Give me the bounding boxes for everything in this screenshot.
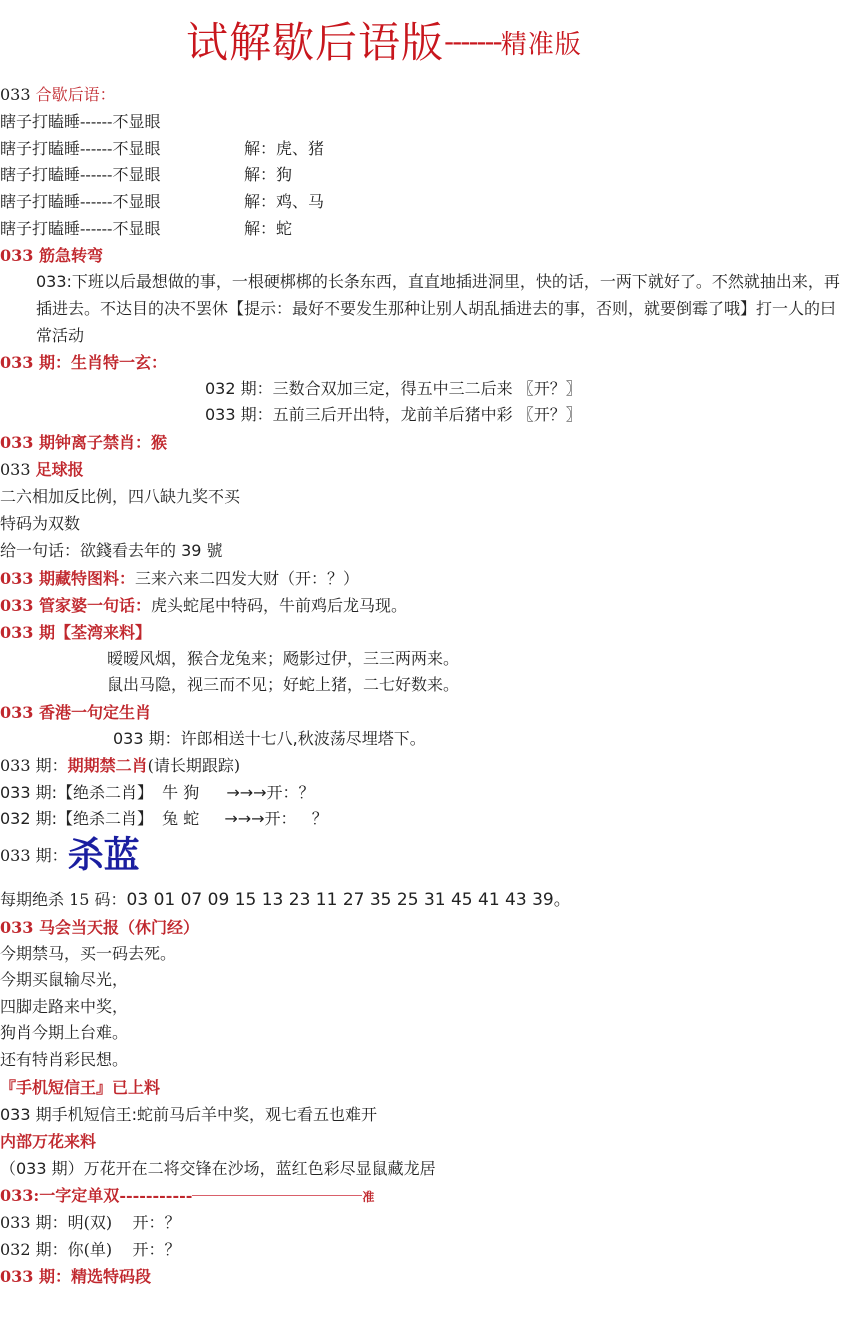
ban-two-row: 032 期:【绝杀二肖】 兔 蛇 →→→开： ？: [0, 808, 328, 830]
housekeeper-row: 033 管家婆一句话：虎头蛇尾中特码，牛前鸡后龙马现。: [0, 595, 407, 617]
period-prefix: 033: [0, 85, 31, 104]
xiehouyu-row: 瞎子打瞌睡------不显眼解：蛇: [0, 218, 400, 240]
dash-divider: -----------: [119, 1186, 192, 1205]
section-title: 033 管家婆一句话：: [0, 596, 151, 615]
quanwan-line: 暧暧风烟，猴合龙兔来；飏影过伊，三三两两来。: [107, 648, 459, 670]
period-prefix: 033 期：: [0, 846, 68, 865]
page-title: 试解歇后语版-------精准版: [186, 14, 582, 73]
wanhua-heading: 内部万花来料: [0, 1131, 96, 1153]
horse-daily-line: 狗肖今期上台难。: [0, 1022, 128, 1044]
label: 【绝杀二肖】: [57, 783, 153, 802]
riddle-answer: 解：鸡、马: [244, 191, 324, 213]
football-line: 二六相加反比例，四八缺九奖不买: [0, 486, 240, 508]
section-title: 期期禁二肖: [68, 756, 148, 775]
riddle-answer: 解：蛇: [244, 218, 292, 240]
xiehouyu-row: 瞎子打瞌睡------不显眼解：虎、猪: [0, 138, 400, 160]
riddle-text: 瞎子打瞌睡------不显眼: [0, 219, 160, 238]
zodiac-special-line: 033 期：五前三后开出特，龙前羊后猪中彩 〖开？〗: [205, 404, 582, 426]
football-line: 给一句话：欲錢看去年的 39 號: [0, 540, 223, 562]
numbers-list: 03 01 07 09 15 13 23 11 27 35 25 31 45 4…: [127, 890, 571, 910]
title-subtitle: 精准版: [501, 30, 582, 60]
sms-king-line: 033 期手机短信王:蛇前马后羊中奖，观七看五也难开: [0, 1104, 377, 1126]
section-text: 虎头蛇尾中特码，牛前鸡后龙马现。: [151, 596, 407, 615]
period-prefix: 033: [0, 460, 31, 479]
result: →→→开：？: [226, 783, 314, 802]
kill-color-value: 杀蓝: [68, 835, 140, 876]
kill-color-row: 033 期：杀蓝: [0, 845, 140, 867]
section-note: (请长期跟踪): [148, 756, 241, 775]
xiehouyu-row: 瞎子打瞌睡------不显眼解：鸡、马: [0, 191, 400, 213]
hidden-pic-row: 033 期藏特图料：三来六来二四发大财（开：？）: [0, 568, 359, 590]
brain-teaser-heading: 033 筋急转弯: [0, 245, 103, 267]
hongkong-heading: 033 香港一句定生肖: [0, 702, 151, 724]
section-text: 三来六来二四发大财（开：？）: [135, 569, 359, 588]
numbers-label: 每期绝杀 15 码：: [0, 890, 127, 909]
xiehouyu-row: 瞎子打瞌睡------不显眼解：狗: [0, 164, 400, 186]
riddle-text: 瞎子打瞌睡------不显眼: [0, 112, 160, 131]
zodiac-special-line: 032 期：三数合双加三定，得五中三二后来 〖开？〗: [205, 378, 582, 400]
zhongli-heading: 033 期钟离子禁肖：猴: [0, 432, 167, 454]
sms-king-heading: 『手机短信王』已上料: [0, 1077, 160, 1099]
section-title: 合歇后语：: [36, 85, 116, 104]
riddle-text: 瞎子打瞌睡------不显眼: [0, 165, 160, 184]
tail-text: 准: [362, 1190, 374, 1204]
zodiac-special-heading: 033 期：生肖特一玄：: [0, 352, 167, 374]
section-title: 033 期藏特图料：: [0, 569, 135, 588]
odd-even-heading: 033:一字定单双-----------准: [0, 1185, 374, 1208]
result: →→→开： ？: [224, 809, 327, 828]
section-title: 033:一字定单双: [0, 1186, 119, 1205]
horse-daily-heading: 033 马会当天报（休门经）: [0, 917, 199, 939]
horse-daily-line: 今期买鼠输尽光，: [0, 969, 128, 991]
horse-daily-line: 还有特肖彩民想。: [0, 1049, 128, 1071]
title-dash: -------: [444, 25, 501, 58]
brain-teaser-body: 033:下班以后最想做的事，一根硬梆梆的长条东西，直直地插进洞里，快的话，一两下…: [36, 268, 842, 349]
ban-two-heading: 033 期：期期禁二肖(请长期跟踪): [0, 755, 240, 777]
hongkong-line: 033 期：许郎相送十七八,秋波荡尽埋塔下。: [113, 728, 426, 750]
football-heading: 033 足球报: [0, 459, 84, 481]
riddle-text: 瞎子打瞌睡------不显眼: [0, 139, 160, 158]
horse-daily-line: 今期禁马，买一码去死。: [0, 943, 176, 965]
odd-even-row: 032 期：你(单) 开：？: [0, 1239, 180, 1261]
selected-heading: 033 期：精选特码段: [0, 1266, 151, 1288]
divider-line: [192, 1195, 362, 1196]
title-main: 试解歇后语版: [186, 18, 444, 67]
section-title: 足球报: [36, 460, 84, 479]
xiehouyu-row: 瞎子打瞌睡------不显眼: [0, 111, 400, 133]
football-line: 特码为双数: [0, 513, 80, 535]
wanhua-line: （033 期）万花开在二将交锋在沙场，蓝红色彩尽显鼠藏龙居: [0, 1158, 436, 1180]
xiehouyu-heading: 033 合歇后语：: [0, 84, 116, 106]
label: 【绝杀二肖】: [57, 809, 153, 828]
period-prefix: 033 期：: [0, 756, 68, 775]
quanwan-line: 鼠出马隐，视三而不见；好蛇上猪，二七好数来。: [107, 674, 459, 696]
horse-daily-line: 四脚走路来中奖，: [0, 996, 128, 1018]
zodiac: 兔 蛇: [162, 809, 199, 828]
ban-two-row: 033 期:【绝杀二肖】 牛 狗 →→→开：？: [0, 782, 315, 804]
zodiac: 牛 狗: [162, 783, 199, 802]
quanwan-heading: 033 期【荃湾来料】: [0, 622, 151, 644]
odd-even-row: 033 期：明(双) 开：？: [0, 1212, 180, 1234]
riddle-text: 瞎子打瞌睡------不显眼: [0, 192, 160, 211]
period: 033 期:: [0, 783, 57, 802]
riddle-answer: 解：虎、猪: [244, 138, 324, 160]
kill-numbers-row: 每期绝杀 15 码：03 01 07 09 15 13 23 11 27 35 …: [0, 889, 571, 911]
riddle-answer: 解：狗: [244, 164, 292, 186]
period: 032 期:: [0, 809, 57, 828]
